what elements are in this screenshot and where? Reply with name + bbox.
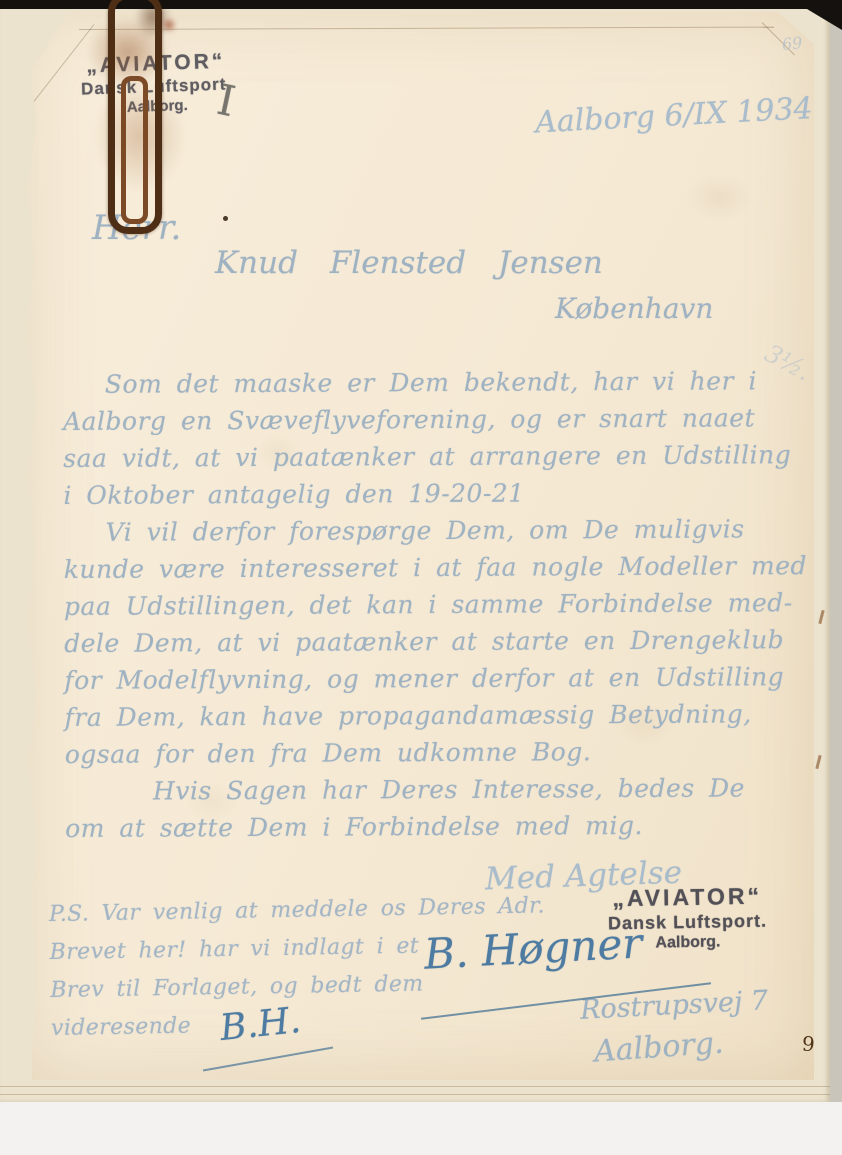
letter-body-line: ogsaa for den fra Dem udkomne Bog. <box>65 732 813 773</box>
ink-speck <box>223 216 228 221</box>
age-spot <box>684 172 754 222</box>
letter-body-line: paa Udstillingen, det kan i samme Forbin… <box>64 584 812 625</box>
postscript-line: P.S. Var venlig at meddele os Deres Adr. <box>49 888 510 934</box>
letter-body: Som det maaske er Dem bekendt, har vi he… <box>63 362 814 847</box>
letter-body-line: Hvis Sagen har Deres Interesse, bedes De <box>153 769 813 809</box>
sheet-edge-line <box>0 1086 830 1087</box>
letter-recipient-city: København <box>555 292 713 325</box>
letter-body-line: dele Dem, at vi paatænker at starte en D… <box>64 621 812 662</box>
letter-body-line: for Modelflyvning, og mener derfor at en… <box>64 658 812 699</box>
scanner-background-bottom <box>0 1102 842 1155</box>
sender-address-street: Rostrupsvej 7 <box>579 985 768 1026</box>
letter-signature: B. Høgner <box>423 918 644 978</box>
postscript-initials-flourish <box>203 1047 333 1072</box>
letter-recipient-name: Knud Flensted Jensen <box>215 245 603 281</box>
letter-body-line: om at sætte Dem i Forbindelse med mig. <box>65 806 813 847</box>
stamp-org-name: „AVIATOR“ <box>579 882 794 913</box>
letter-date: Aalborg 6/IX 1934. <box>534 91 823 141</box>
letter-body-line: Aalborg en Svæveflyveforening, og er sna… <box>63 399 811 440</box>
postscript-initials: B.H. <box>218 1000 303 1049</box>
letter-body-line: kunde være interesseret i at faa nogle M… <box>64 547 812 588</box>
letter-body-line: saa vidt, at vi paatænker at arrangere e… <box>63 436 811 477</box>
rust-stain <box>164 20 174 30</box>
sender-address-city: Aalborg. <box>593 1026 725 1070</box>
letter-body-line: Som det maaske er Dem bekendt, har vi he… <box>105 362 811 403</box>
letter-body-line: fra Dem, kan have propagandamæssig Betyd… <box>64 695 812 736</box>
scanned-letter-page: „AVIATOR“ Dansk Luftsport. Aalborg. I 69… <box>0 0 842 1155</box>
letter-body-line: i Oktober antagelig den 19-20-21 <box>63 473 811 514</box>
faint-corner-note: 69 <box>781 33 803 54</box>
letter-body-line: Vi vil derfor forespørge Dem, om De muli… <box>106 510 812 551</box>
fold-crease-horizontal <box>79 27 774 30</box>
paperclip-inner-loop <box>121 76 148 224</box>
sheet-edge-line <box>0 1094 830 1095</box>
